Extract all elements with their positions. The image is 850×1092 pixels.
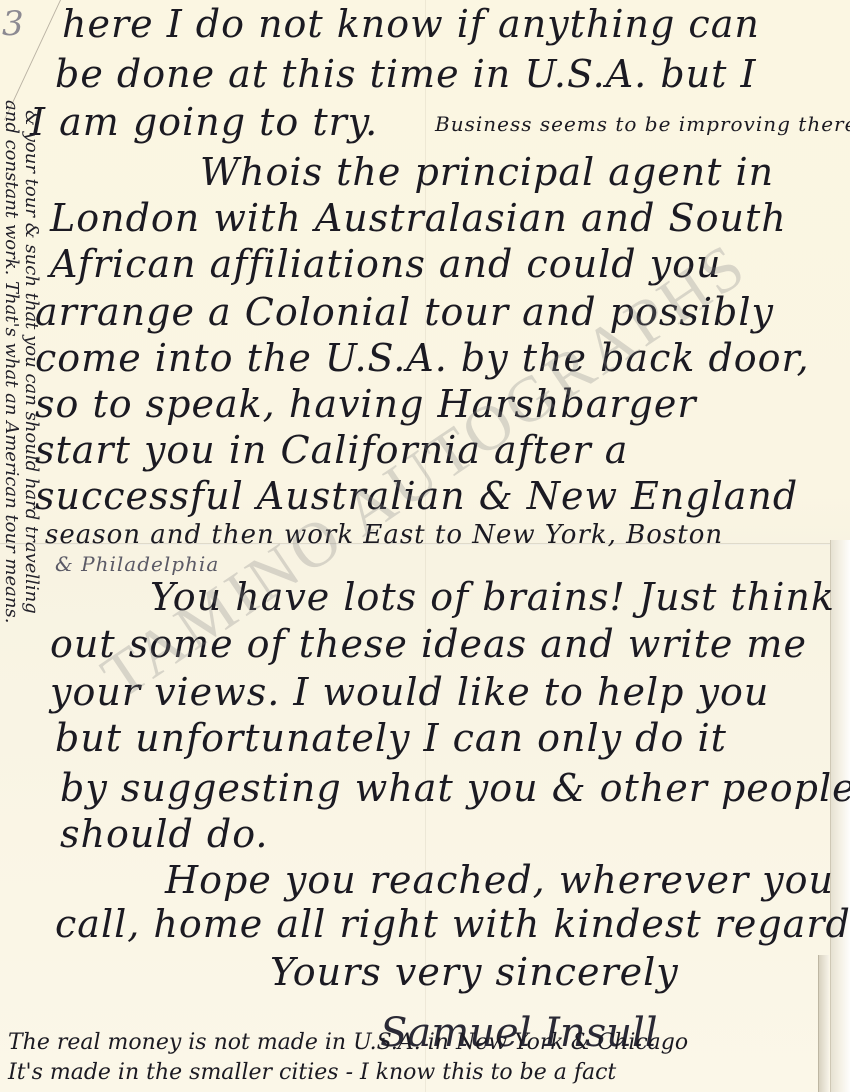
letter-line: come into the U.S.A. by the back door, (35, 336, 810, 380)
letter-line: Hope you reached, wherever you (165, 858, 834, 902)
letter-line: by suggesting what you & other people (60, 766, 850, 810)
page-number: 3 (2, 4, 24, 44)
margin-note-line: & your tour & such that you can should h… (21, 110, 42, 614)
letter-line: start you in California after a (35, 428, 628, 472)
inline-note-business: Business seems to be improving there (435, 112, 850, 136)
letter-line: your views. I would like to help you (50, 670, 769, 714)
closing-line: Yours very sincerely (270, 950, 679, 994)
postscript-line: The real money is not made in U.S.A. in … (8, 1030, 688, 1055)
margin-note-line: and constant work. That's what an Americ… (1, 100, 22, 623)
letter-line: & Philadelphia (55, 552, 219, 576)
letter-line: arrange a Colonial tour and possibly (35, 290, 774, 334)
letter-line: season and then work East to New York, B… (45, 520, 723, 550)
letter-page: 3 here I do not know if anything can be … (0, 0, 850, 1092)
letter-line: I am going to try. (30, 100, 378, 144)
letter-line: African affiliations and could you (50, 242, 721, 286)
letter-line: call, home all right with kindest regard… (55, 902, 850, 946)
letter-line: so to speak, having Harshbarger (35, 382, 697, 426)
letter-line: London with Australasian and South (50, 196, 787, 240)
letter-line: You have lots of brains! Just think (150, 575, 835, 619)
postscript-line: It's made in the smaller cities - I know… (8, 1060, 616, 1085)
letter-line: successful Australian & New England (35, 474, 798, 518)
letter-line: be done at this time in U.S.A. but I (55, 52, 756, 96)
paper-edge-lower (818, 955, 829, 1092)
paper-edge (830, 540, 850, 1092)
letter-line: out some of these ideas and write me (50, 622, 807, 666)
letter-line: should do. (60, 812, 269, 856)
letter-line: here I do not know if anything can (62, 2, 760, 46)
letter-line: but unfortunately I can only do it (55, 716, 727, 760)
letter-line: Whois the principal agent in (200, 150, 774, 194)
